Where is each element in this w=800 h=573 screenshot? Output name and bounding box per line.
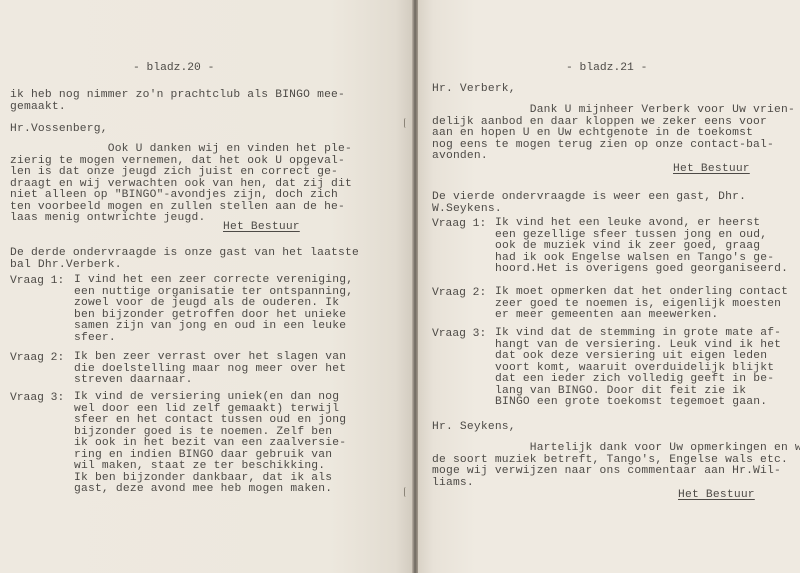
question-label: Vraag 1: <box>432 218 486 230</box>
answer-text: Ik moet opmerken dat het onderling conta… <box>495 287 788 322</box>
answer-text: Ik ben zeer verrast over het slagen van … <box>74 352 346 387</box>
staple-mark <box>404 487 408 497</box>
reply-salutation: Hr. Verberk, <box>432 84 516 96</box>
staple-mark <box>404 118 408 128</box>
question-label: Vraag 1: <box>10 275 64 287</box>
page-number: - bladz.21 - <box>566 62 647 74</box>
booklet-spread: - bladz.20 - ik heb nog nimmer zo'n prac… <box>0 0 800 573</box>
question-label: Vraag 2: <box>10 352 64 364</box>
answer-text: Ik vind dat de stemming in grote mate af… <box>495 328 781 409</box>
answer-text: Ik vind de versiering uniek(en dan nog w… <box>74 392 346 496</box>
page-number: - bladz.20 - <box>133 62 214 74</box>
reply-salutation: Hr.Vossenberg, <box>10 124 108 136</box>
interviewee-intro: De derde ondervraagde is onze gast van h… <box>10 248 359 271</box>
question-label: Vraag 3: <box>10 392 64 404</box>
page-left: - bladz.20 - ik heb nog nimmer zo'n prac… <box>0 0 412 573</box>
question-label: Vraag 2: <box>432 287 486 299</box>
page-right: - bladz.21 - Hr. Verberk, Dank U mijnhee… <box>418 0 800 573</box>
reply-signature: Het Bestuur <box>223 222 300 234</box>
reply-body: Ook U danken wij en vinden het ple- zier… <box>10 144 352 225</box>
question-label: Vraag 3: <box>432 328 486 340</box>
answer-text: I vind het een zeer correcte vereniging,… <box>74 275 353 344</box>
interviewee-intro: De vierde ondervraagde is weer een gast,… <box>432 192 746 215</box>
reply-salutation: Hr. Seykens, <box>432 422 516 434</box>
reply-body: Hartelijk dank voor Uw opmerkingen en wa… <box>432 443 800 489</box>
reply-signature: Het Bestuur <box>673 164 750 176</box>
reply-body: Dank U mijnheer Verberk voor Uw vrien- d… <box>432 105 795 163</box>
answer-text: Ik vind het een leuke avond, er heerst e… <box>495 218 788 276</box>
reply-signature: Het Bestuur <box>678 490 755 502</box>
intro-text: ik heb nog nimmer zo'n prachtclub als BI… <box>10 90 345 113</box>
